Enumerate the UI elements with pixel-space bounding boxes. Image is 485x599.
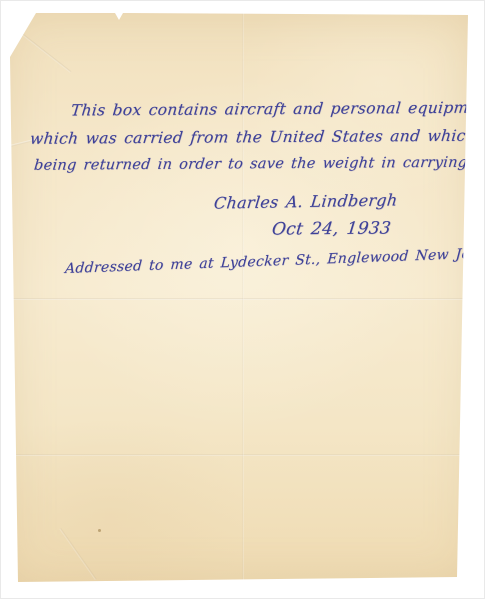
corner-crease — [9, 23, 72, 73]
address-annotation: Addressed to me at Lydecker St., Englewo… — [64, 245, 485, 277]
fold-crease-horizontal-lower — [9, 454, 471, 456]
fold-crease-vertical — [242, 13, 244, 585]
photo-background: This box contains aircraft and personal … — [0, 0, 485, 599]
date: Oct 24, 1933 — [271, 218, 392, 239]
fold-crease-horizontal-upper — [9, 298, 471, 300]
letter-paper: This box contains aircraft and personal … — [9, 13, 471, 585]
letter-body-line-2: which was carried from the United States… — [29, 126, 485, 148]
letter-body-line-3: being returned in order to save the weig… — [33, 154, 485, 173]
signature: Charles A. Lindbergh — [213, 190, 399, 212]
letter-body-line-1: This box contains aircraft and personal … — [70, 99, 485, 120]
bottom-left-crease — [59, 528, 96, 580]
paper-speck — [98, 529, 101, 532]
